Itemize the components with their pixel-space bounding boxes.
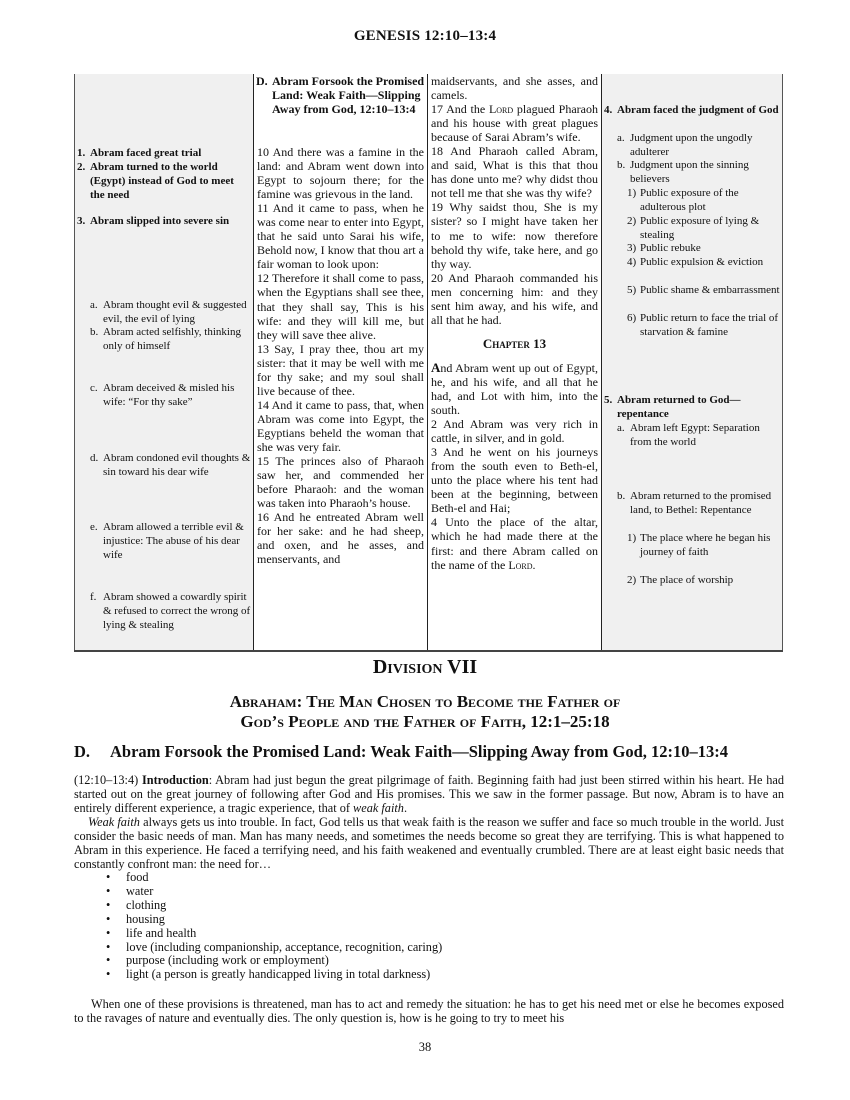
- verse: 20 And Pharaoh commanded his men concern…: [431, 271, 598, 327]
- outline-label: 2.: [77, 161, 90, 175]
- outline-label: a.: [617, 132, 630, 146]
- lord-smallcaps: Lord: [508, 558, 532, 572]
- list-item: purpose (including work or employment): [126, 954, 784, 968]
- passage-reference: (12:10–13:4): [74, 773, 142, 787]
- outline-text: Public return to face the trial of starv…: [640, 312, 778, 338]
- outline-text: Abram faced great trial: [90, 147, 201, 159]
- outline-table: 1.Abram faced great trial 2.Abram turned…: [74, 74, 783, 652]
- outline-label: 1.: [77, 147, 90, 161]
- running-head: GENESIS 12:10–13:4: [0, 28, 850, 45]
- outline-label: 4): [627, 256, 640, 270]
- list-item: love (including companionship, acceptanc…: [126, 941, 784, 955]
- outline-text: The place of worship: [640, 574, 733, 586]
- list-item: clothing: [126, 899, 784, 913]
- intro-label: Introduction: [142, 773, 209, 787]
- outline-subpoint: 4)Public expulsion & eviction: [604, 256, 780, 270]
- outline-text: Abram acted selfishly, thinking only of …: [103, 326, 241, 352]
- outline-label: 1): [627, 532, 640, 546]
- outline-text: Public exposure of the adulterous plot: [640, 187, 739, 213]
- outline-label: 2): [627, 574, 640, 588]
- verse-text: .: [533, 558, 536, 572]
- outline-text: Abram deceived & misled his wife: “For t…: [103, 382, 234, 408]
- outline-point: 2.Abram turned to the world (Egypt) inst…: [77, 161, 251, 202]
- section-heading: D.Abram Forsook the Promised Land: Weak …: [74, 742, 784, 762]
- outline-subpoint: 5)Public shame & embarrassment: [604, 284, 780, 298]
- outline-text: Abram allowed a terrible evil & injustic…: [103, 521, 244, 561]
- outline-label: f.: [90, 591, 103, 605]
- verse: 3 And he went on his journeys from the s…: [431, 445, 598, 515]
- heading-text: Abram Forsook the Promised Land: Weak Fa…: [272, 74, 424, 116]
- list-item: light (a person is greatly handicapped l…: [126, 968, 784, 982]
- outline-text: Public expulsion & eviction: [640, 256, 763, 268]
- outline-subpoint: a.Abram thought evil & suggested evil, t…: [77, 299, 251, 327]
- outline-text: Abram returned to the promised land, to …: [630, 490, 771, 516]
- verse: 14 And it came to pass, that, when Abram…: [257, 398, 424, 454]
- outline-label: 4.: [604, 104, 617, 118]
- outline-point: 3.Abram slipped into severe sin: [77, 215, 251, 229]
- list-item: life and health: [126, 927, 784, 941]
- division-subtitle: Abraham: The Man Chosen to Become the Fa…: [0, 692, 850, 732]
- outline-text: Abram turned to the world (Egypt) instea…: [90, 161, 234, 201]
- lord-smallcaps: Lord: [489, 102, 513, 116]
- outline-text: Abram returned to God—repentance: [617, 394, 741, 420]
- outline-label: a.: [90, 299, 103, 313]
- outline-subpoint: b.Abram returned to the promised land, t…: [604, 490, 780, 518]
- list-item: housing: [126, 913, 784, 927]
- verse: maidservants, and she asses, and camels.: [431, 74, 598, 102]
- outline-subpoint: 3)Public rebuke: [604, 242, 780, 256]
- division-subtitle-line: Abraham: The Man Chosen to Become the Fa…: [0, 692, 850, 712]
- outline-label: a.: [617, 422, 630, 436]
- verse: 19 Why saidst thou, She is my sister? so…: [431, 200, 598, 270]
- outline-text: The place where he began his journey of …: [640, 532, 770, 558]
- outline-label: b.: [617, 159, 630, 173]
- verse: 11 And it came to pass, when he was come…: [257, 201, 424, 271]
- outline-right-column: 4.Abram faced the judgment of God a.Judg…: [602, 74, 783, 650]
- verse: 12 Therefore it shall come to pass, when…: [257, 271, 424, 341]
- outline-text: Abram condoned evil thoughts & sin towar…: [103, 452, 250, 478]
- outline-subpoint: b.Judgment upon the sinning believers: [604, 159, 780, 187]
- verse: And Abram went up out of Egypt, he, and …: [431, 361, 598, 417]
- outline-subpoint: 1)Public exposure of the adulterous plot: [604, 187, 780, 215]
- section-letter: D.: [74, 742, 110, 762]
- section-title: Abram Forsook the Promised Land: Weak Fa…: [110, 742, 728, 761]
- closing-paragraph: When one of these provisions is threaten…: [74, 997, 784, 1025]
- division-subtitle-line: God’s People and the Father of Faith, 12…: [0, 712, 850, 732]
- paragraph-text: .: [404, 801, 407, 815]
- heading-label: D.: [256, 74, 272, 88]
- outline-subpoint: b.Abram acted selfishly, thinking only o…: [77, 326, 251, 354]
- outline-text: Public exposure of lying & stealing: [640, 215, 759, 241]
- emphasis: weak faith: [353, 801, 404, 815]
- outline-subpoint: a.Abram left Egypt: Separation from the …: [604, 422, 780, 450]
- outline-text: Abram left Egypt: Separation from the wo…: [630, 422, 760, 448]
- outline-subpoint: e.Abram allowed a terrible evil & injust…: [77, 521, 251, 562]
- outline-label: c.: [90, 382, 103, 396]
- verse: 13 Say, I pray thee, thou art my sister:…: [257, 342, 424, 398]
- verse-text: nd Abram went up out of Egypt, he, and h…: [431, 361, 598, 417]
- verse: 4 Unto the place of the altar, which he …: [431, 515, 598, 571]
- outline-label: 5): [627, 284, 640, 298]
- outline-subpoint: 1)The place where he began his journey o…: [604, 532, 780, 560]
- outline-subpoint: d.Abram condoned evil thoughts & sin tow…: [77, 452, 251, 480]
- outline-label: 1): [627, 187, 640, 201]
- outline-label: b.: [90, 326, 103, 340]
- commentary-body: (12:10–13:4) Introduction: Abram had jus…: [74, 773, 784, 1025]
- verse: 15 The princes also of Pharaoh saw her, …: [257, 454, 424, 510]
- outline-point: 5.Abram returned to God—repentance: [604, 394, 780, 422]
- outline-left-column: 1.Abram faced great trial 2.Abram turned…: [74, 74, 254, 650]
- drop-cap: A: [431, 360, 440, 375]
- outline-label: e.: [90, 521, 103, 535]
- weak-faith-paragraph: Weak faith always gets us into trouble. …: [74, 815, 784, 871]
- verse: 17 And the Lord plagued Pharaoh and his …: [431, 102, 598, 144]
- verse: 10 And there was a famine in the land: a…: [257, 145, 424, 201]
- outline-subpoint: 6)Public return to face the trial of sta…: [604, 312, 780, 340]
- outline-text: Judgment upon the sinning believers: [630, 159, 749, 185]
- outline-subpoint: 2)The place of worship: [604, 574, 780, 588]
- emphasis: Weak faith: [88, 815, 140, 829]
- scripture-text: maidservants, and she asses, and camels.…: [431, 74, 598, 572]
- verse: 18 And Pharaoh called Abram, and said, W…: [431, 144, 598, 200]
- outline-label: 3.: [77, 215, 90, 229]
- outline-subpoint: f.Abram showed a cowardly spirit & refus…: [77, 591, 251, 632]
- verse: 2 And Abram was very rich in cattle, in …: [431, 417, 598, 445]
- outline-subpoint: 2)Public exposure of lying & stealing: [604, 215, 780, 243]
- scripture-heading: D.Abram Forsook the Promised Land: Weak …: [256, 74, 425, 117]
- outline-label: 2): [627, 215, 640, 229]
- outline-text: Abram slipped into severe sin: [90, 215, 229, 227]
- list-item: food: [126, 871, 784, 885]
- outline-text: Abram thought evil & suggested evil, the…: [103, 299, 247, 325]
- intro-paragraph: (12:10–13:4) Introduction: Abram had jus…: [74, 773, 784, 815]
- outline-point: 4.Abram faced the judgment of God: [604, 104, 780, 118]
- outline-text: Public shame & embarrassment: [640, 284, 780, 296]
- outline-subpoint: a.Judgment upon the ungodly adulterer: [604, 132, 780, 160]
- outline-text: Judgment upon the ungodly adulterer: [630, 132, 753, 158]
- scripture-text: 10 And there was a famine in the land: a…: [257, 145, 424, 566]
- outline-text: Public rebuke: [640, 242, 701, 254]
- outline-point: 1.Abram faced great trial: [77, 147, 251, 161]
- scripture-column-b: maidservants, and she asses, and camels.…: [428, 74, 602, 650]
- paragraph-text: always gets us into trouble. In fact, Go…: [74, 815, 784, 871]
- page-number: 38: [0, 1040, 850, 1055]
- division-title: Division VII: [0, 656, 850, 679]
- scripture-column-a: D.Abram Forsook the Promised Land: Weak …: [254, 74, 428, 650]
- basic-needs-list: food water clothing housing life and hea…: [74, 871, 784, 982]
- list-item: water: [126, 885, 784, 899]
- chapter-heading: Chapter 13: [431, 337, 598, 351]
- outline-label: 3): [627, 242, 640, 256]
- outline-label: d.: [90, 452, 103, 466]
- outline-label: b.: [617, 490, 630, 504]
- outline-text: Abram showed a cowardly spirit & refused…: [103, 591, 250, 631]
- outline-subpoint: c.Abram deceived & misled his wife: “For…: [77, 382, 251, 410]
- verse: 16 And he entreated Abram well for her s…: [257, 510, 424, 566]
- outline-label: 5.: [604, 394, 617, 408]
- verse-text: 17 And the: [431, 102, 489, 116]
- outline-text: Abram faced the judgment of God: [617, 104, 779, 116]
- outline-label: 6): [627, 312, 640, 326]
